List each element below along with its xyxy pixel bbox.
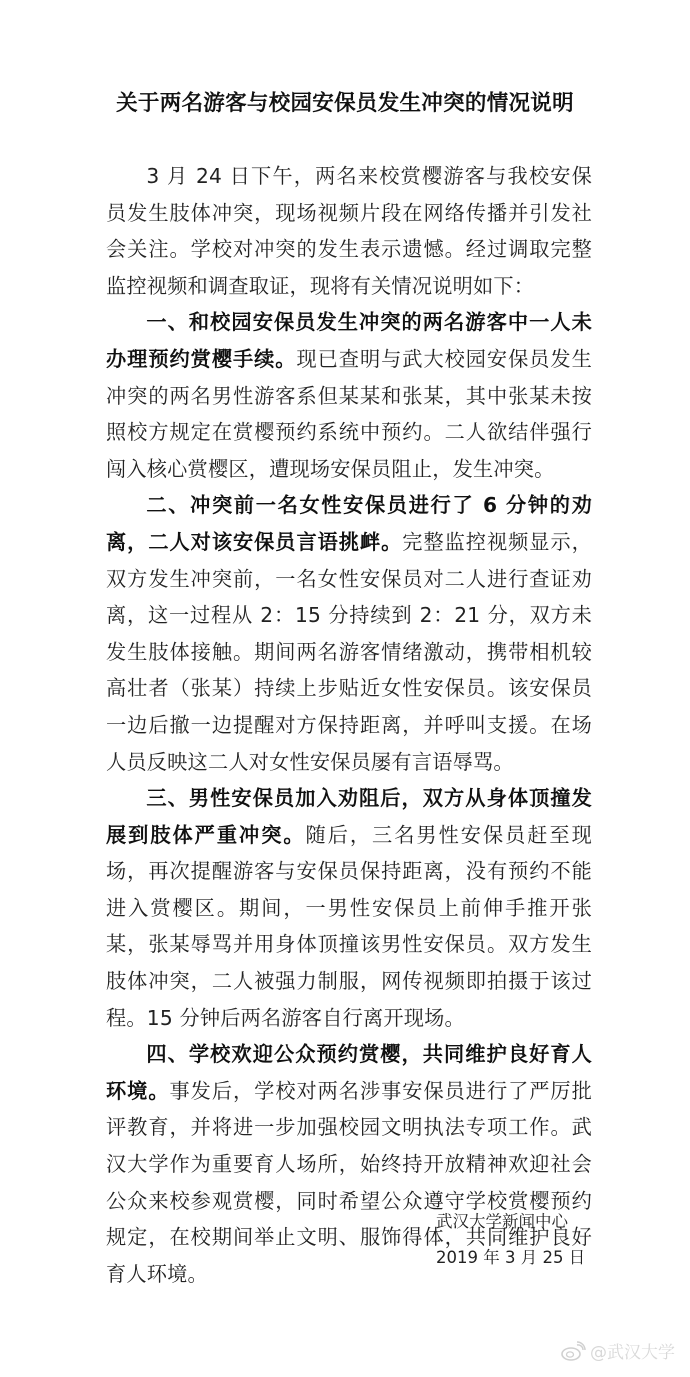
paragraph-section-3: 三、男性安保员加入劝阻后，双方从身体顶撞发展到肢体严重冲突。随后，三名男性安保员… (106, 780, 592, 1036)
document-title: 关于两名游客与校园安保员发生冲突的情况说明 (0, 86, 690, 117)
watermark-text: @武汉大学 (590, 1338, 675, 1363)
document-body: 3 月 24 日下午，两名来校赏樱游客与我校安保员发生肢体冲突，现场视频片段在网… (106, 158, 592, 1292)
signature-date: 2019 年 3 月 25 日 (436, 1240, 585, 1276)
signature-block: 武汉大学新闻中心 2019 年 3 月 25 日 (436, 1204, 585, 1276)
weibo-icon (560, 1341, 586, 1361)
paragraph-intro: 3 月 24 日下午，两名来校赏樱游客与我校安保员发生肢体冲突，现场视频片段在网… (106, 158, 592, 304)
weibo-watermark: @武汉大学 (560, 1338, 675, 1363)
paragraph-text: 3 月 24 日下午，两名来校赏樱游客与我校安保员发生肢体冲突，现场视频片段在网… (106, 164, 592, 298)
paragraph-text: 随后，三名男性安保员赶至现场，再次提醒游客与安保员保持距离，没有预约不能进入赏樱… (106, 823, 592, 1030)
paragraph-text: 完整监控视频显示，双方发生冲突前，一名女性安保员对二人进行查证劝离，这一过程从 … (106, 530, 592, 774)
signature-organization: 武汉大学新闻中心 (436, 1204, 585, 1240)
paragraph-section-1: 一、和校园安保员发生冲突的两名游客中一人未办理预约赏樱手续。现已查明与武大校园安… (106, 304, 592, 487)
paragraph-section-2: 二、冲突前一名女性安保员进行了 6 分钟的劝离，二人对该安保员言语挑衅。完整监控… (106, 487, 592, 780)
